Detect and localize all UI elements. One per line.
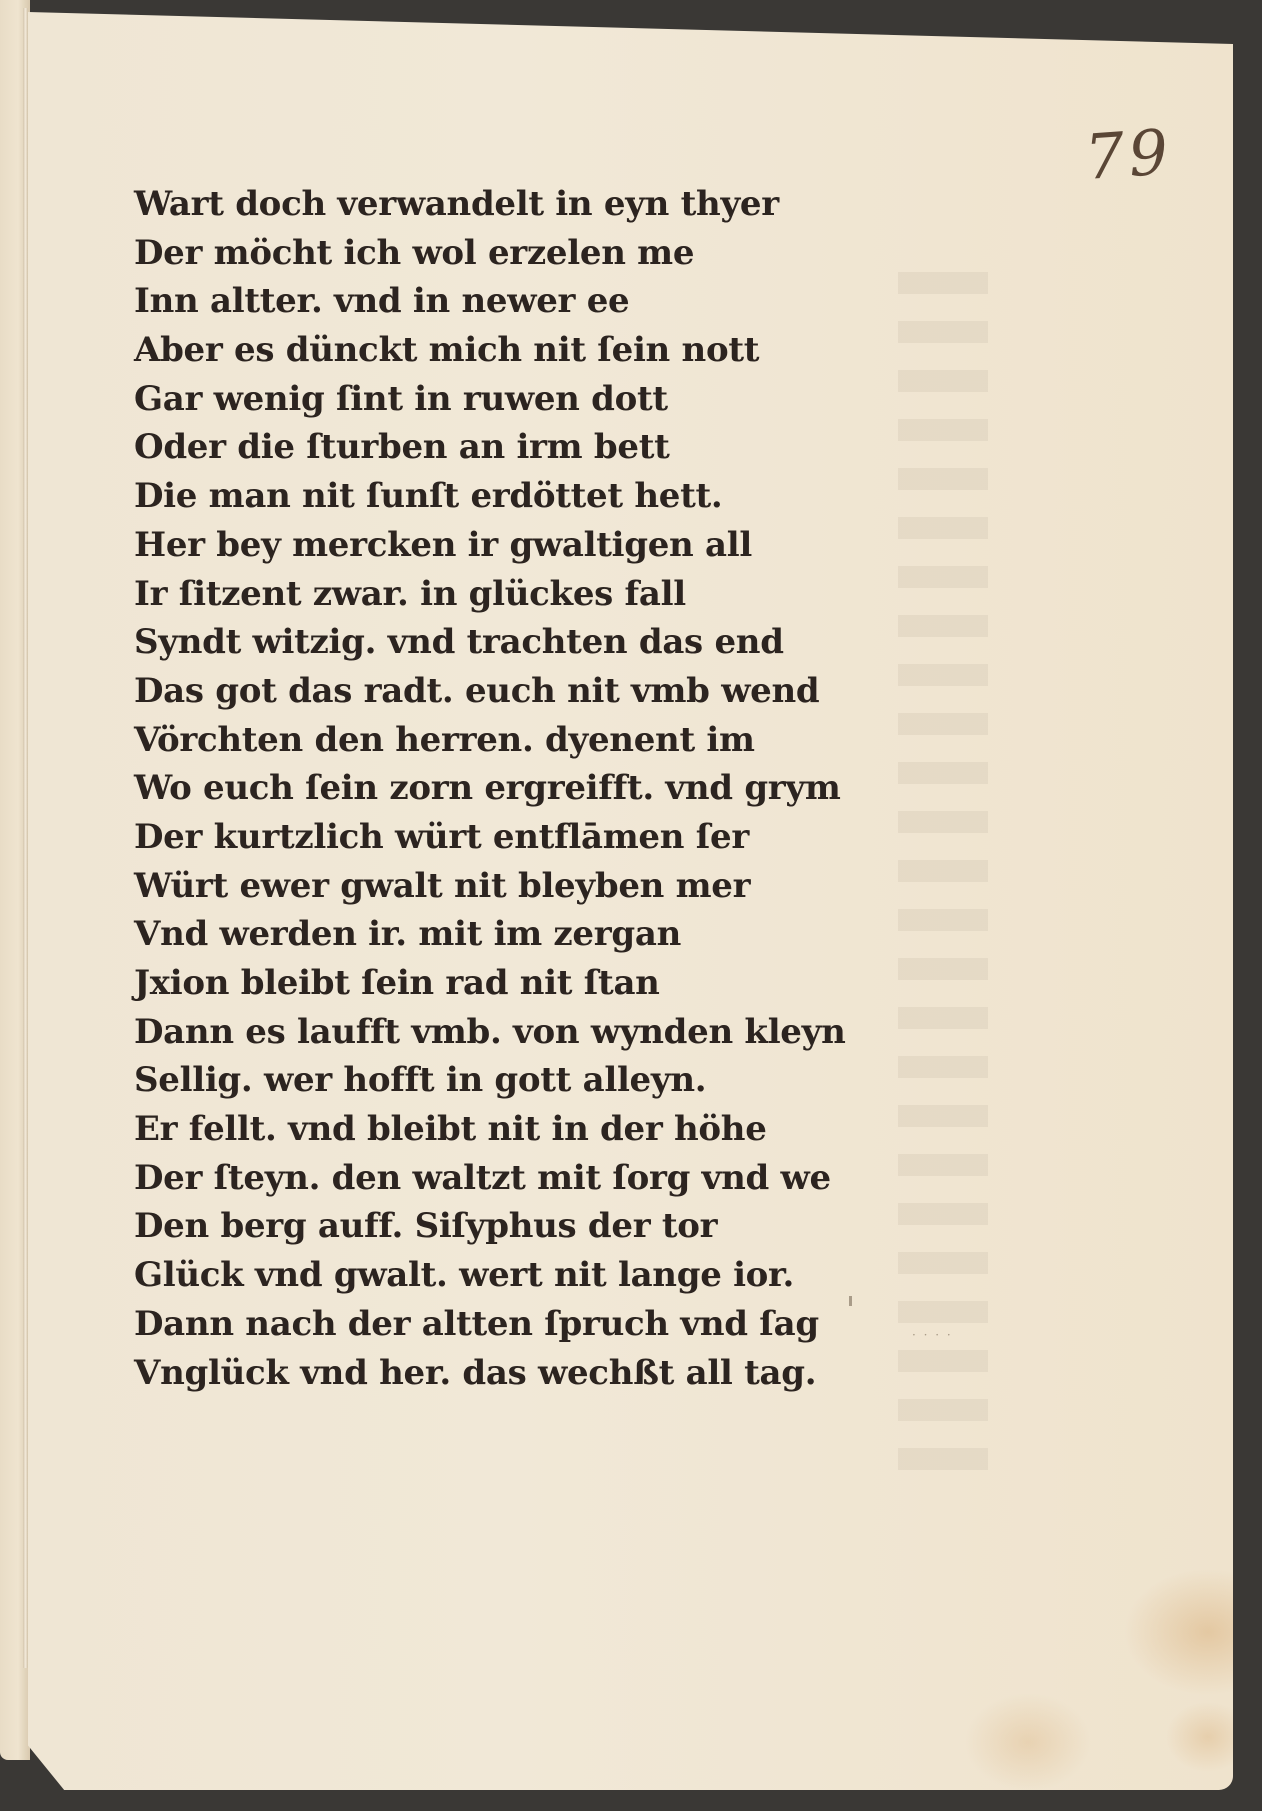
verse-line: Sellig. wer hofft in gott alleyn. — [134, 1056, 934, 1105]
verse-line: Syndt witzig. vnd trachten das end — [134, 618, 934, 667]
verse-line: Jxion bleibt ſein rad nit ſtan — [134, 959, 934, 1008]
verse-line: Die man nit ſunſt erdöttet hett. — [134, 472, 934, 521]
verse-line: Inn altter. vnd in newer ee — [134, 277, 934, 326]
verse-line: Das got das radt. euch nit vmb wend — [134, 667, 934, 716]
verse-line: Aber es dünckt mich nit ſein nott — [134, 326, 934, 375]
folio-number: 79 — [1083, 115, 1175, 194]
verse-line: Gar wenig ſint in ruwen dott — [134, 375, 934, 424]
verse-line: Dann es laufft vmb. von wynden kleyn — [134, 1008, 934, 1057]
verse-line: Den berg auff. Siſyphus der tor — [134, 1202, 934, 1251]
verse-line: Er fellt. vnd bleibt nit in der höhe — [134, 1105, 934, 1154]
verse-line: Vörchten den herren. dyenent im — [134, 716, 934, 765]
verse-line: Der ſteyn. den waltzt mit ſorg vnd we — [134, 1154, 934, 1203]
ink-dots: · · · · — [912, 1328, 953, 1342]
verse-line: Würt ewer gwalt nit bleyben mer — [134, 862, 934, 911]
verse-line: Dann nach der altten ſpruch vnd ſag — [134, 1300, 934, 1349]
ink-mark — [849, 1296, 852, 1306]
verse-line: Der kurtzlich würt entflāmen ſer — [134, 813, 934, 862]
verse-line: Wo euch ſein zorn ergreifft. vnd grym — [134, 764, 934, 813]
verse-text-block: Wart doch verwandelt in eyn thyer Der mö… — [134, 180, 934, 1397]
verse-line: Oder die ſturben an irm bett — [134, 423, 934, 472]
verse-line: Vnd werden ir. mit im zergan — [134, 910, 934, 959]
adjacent-leaf-gutter — [0, 0, 30, 1760]
verse-line: Ir ſitzent zwar. in glückes fall — [134, 570, 934, 619]
verse-line: Wart doch verwandelt in eyn thyer — [134, 180, 934, 229]
verse-line: Vnglück vnd her. das wechßt all tag. — [134, 1349, 934, 1398]
verse-line: Her bey mercken ir gwaltigen all — [134, 521, 934, 570]
verse-line: Glück vnd gwalt. wert nit lange ior. — [134, 1251, 934, 1300]
verse-line: Der möcht ich wol erzelen me — [134, 229, 934, 278]
binding-crease — [23, 8, 28, 1668]
